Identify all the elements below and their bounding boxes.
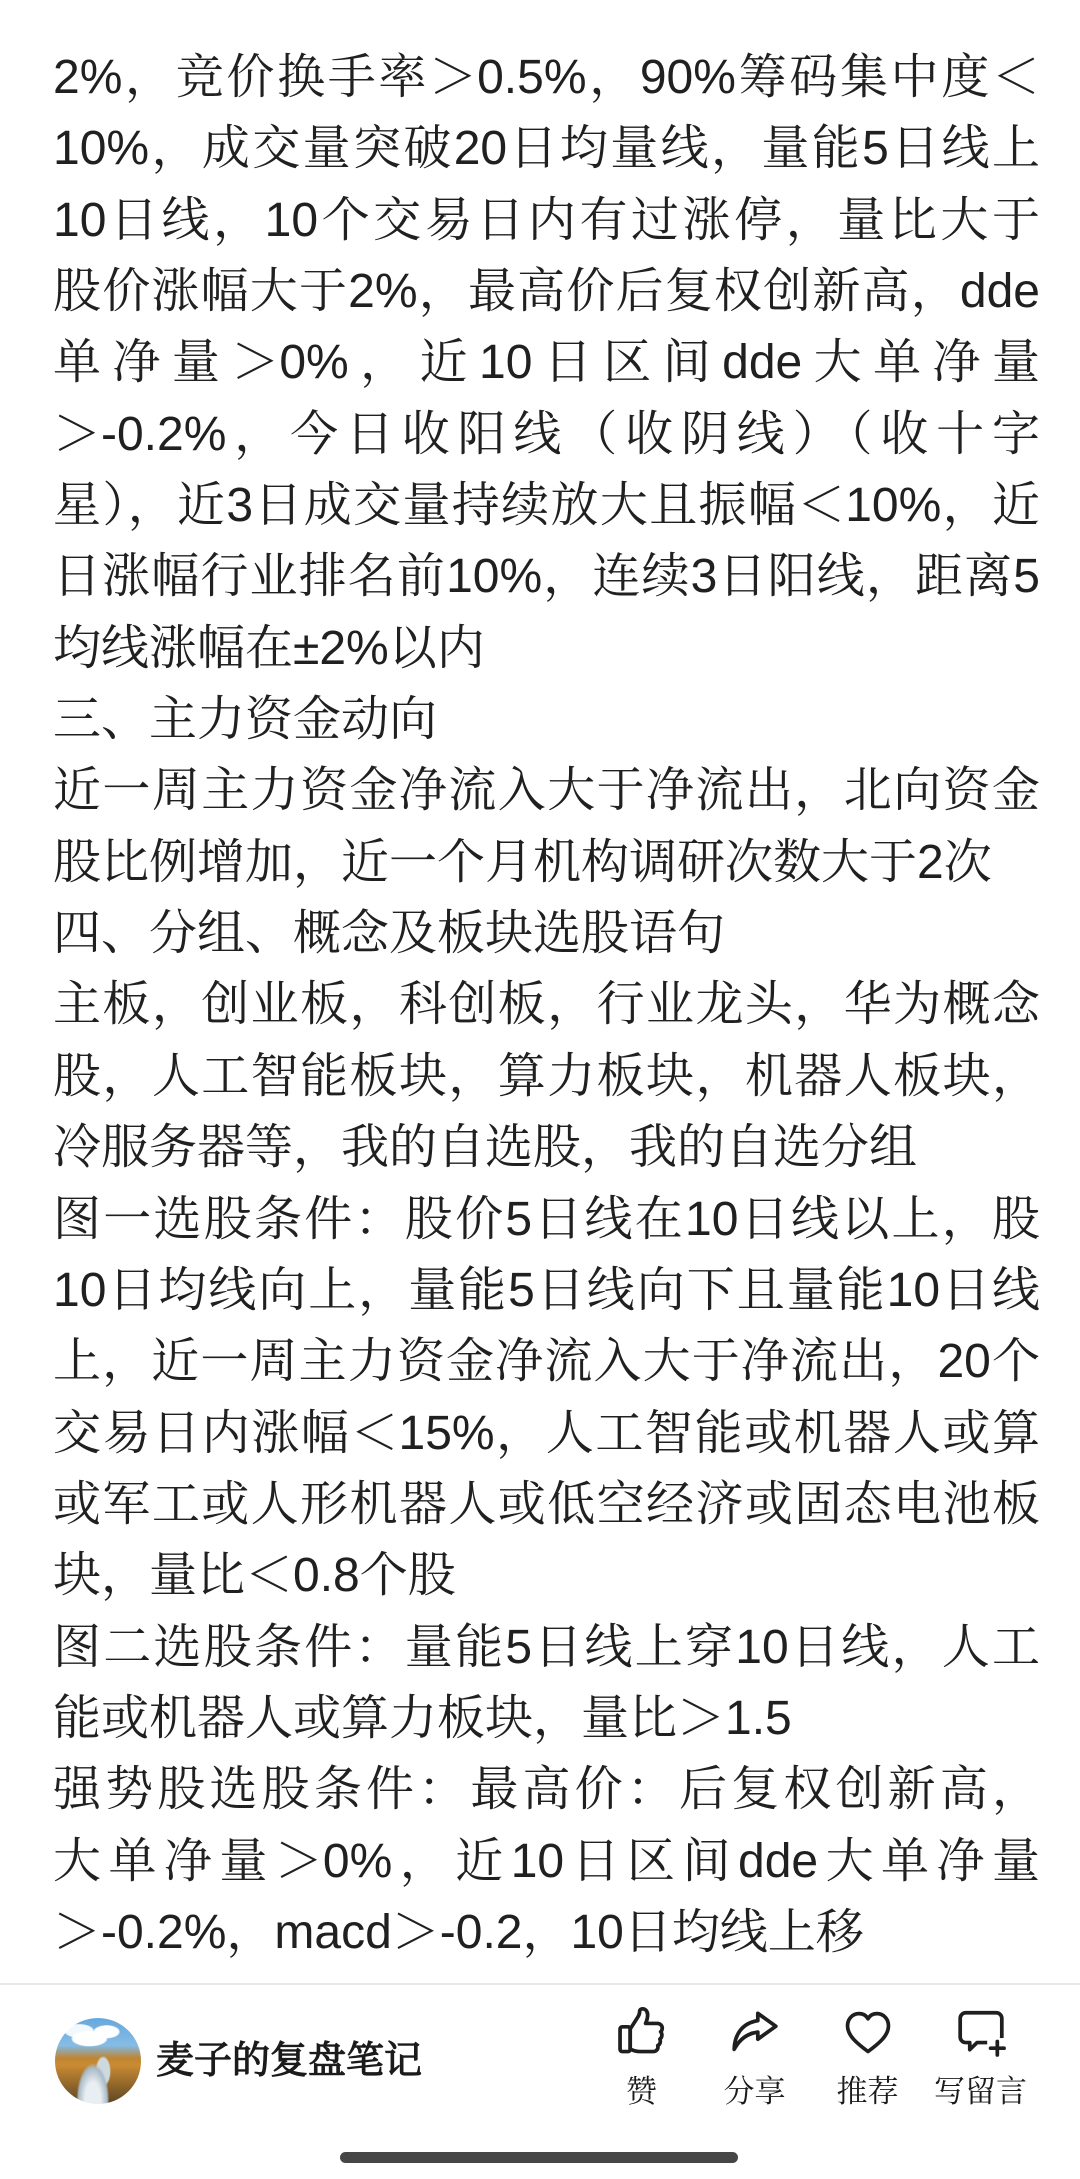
text-line: 10日线，10个交易日内有过涨停，量比大于2，	[53, 185, 1040, 256]
text-line: 日涨幅行业排名前10%，连续3日阳线，距离5日	[53, 541, 1040, 612]
share-arrow-icon	[728, 2006, 782, 2060]
text-line: 交易日内涨幅＜15%，人工智能或机器人或算力	[53, 1398, 1040, 1469]
avatar[interactable]	[55, 2018, 141, 2104]
comment-label: 写留言	[934, 2074, 1027, 2110]
text-line: 上，近一周主力资金净流入大于净流出，20个	[53, 1326, 1040, 1397]
recommend-label: 推荐	[837, 2074, 899, 2110]
text-line: 主板，创业板，科创板，行业龙头，华为概念	[53, 969, 1040, 1040]
text-line: 块，量比＜0.8个股	[53, 1540, 1040, 1611]
text-line: 强势股选股条件：最高价：后复权创新高，dde	[53, 1754, 1040, 1825]
text-line: 10%，成交量突破20日均量线，量能5日线上穿	[53, 113, 1040, 184]
text-line: 股比例增加，近一个月机构调研次数大于2次	[53, 827, 1040, 898]
author-bar: 麦子的复盘笔记 赞	[0, 1985, 1080, 2179]
comment-button[interactable]: 写留言	[924, 2006, 1037, 2110]
text-line: 三、主力资金动向	[53, 684, 1040, 755]
text-line: 图一选股条件：股价5日线在10日线以上，股价	[53, 1184, 1040, 1255]
author-name[interactable]: 麦子的复盘笔记	[156, 2039, 422, 2083]
text-line: ＞-0.2%，macd＞-0.2，10日均线上移	[53, 1897, 1040, 1968]
like-button[interactable]: 赞	[585, 2006, 698, 2110]
home-indicator[interactable]	[340, 2152, 738, 2163]
text-line: 能或机器人或算力板块，量比＞1.5	[53, 1683, 1040, 1754]
text-line: 四、分组、概念及板块选股语句	[53, 898, 1040, 969]
text-line: 股，人工智能板块，算力板块，机器人板块，液	[53, 1041, 1040, 1112]
text-line: ＞-0.2%，今日收阳线（收阴线）（收十字	[53, 399, 1040, 470]
text-line: 近一周主力资金净流入大于净流出，北向资金持	[53, 755, 1040, 826]
like-label: 赞	[626, 2074, 657, 2110]
share-label: 分享	[724, 2074, 786, 2110]
text-line: 均线涨幅在±2%以内	[53, 613, 1040, 684]
text-line: 图二选股条件：量能5日线上穿10日线，人工智	[53, 1612, 1040, 1683]
heart-icon	[841, 2006, 895, 2060]
comment-plus-icon	[954, 2006, 1008, 2060]
article-page: 2%，竞价换手率＞0.5%，90%筹码集中度＜ 10%，成交量突破20日均量线，…	[0, 0, 1080, 2179]
text-line: 冷服务器等，我的自选股，我的自选分组	[53, 1112, 1040, 1183]
thumbs-up-icon	[615, 2006, 669, 2060]
text-line: 大单净量＞0%，近10日区间dde大单净量	[53, 1826, 1040, 1897]
share-button[interactable]: 分享	[698, 2006, 811, 2110]
article-text: 2%，竞价换手率＞0.5%，90%筹码集中度＜ 10%，成交量突破20日均量线，…	[0, 0, 1080, 1968]
text-line: 单净量＞0%，近10日区间dde大单净量	[53, 327, 1040, 398]
text-line: 或军工或人形机器人或低空经济或固态电池板	[53, 1469, 1040, 1540]
text-line: 星），近3日成交量持续放大且振幅＜10%，近5	[53, 470, 1040, 541]
action-buttons: 赞 分享	[585, 2006, 1037, 2110]
text-line: 10日均线向上，量能5日线向下且量能10日线向	[53, 1255, 1040, 1326]
text-line: 2%，竞价换手率＞0.5%，90%筹码集中度＜	[53, 42, 1040, 113]
text-line: 股价涨幅大于2%，最高价后复权创新高，dde大	[53, 256, 1040, 327]
recommend-button[interactable]: 推荐	[811, 2006, 924, 2110]
